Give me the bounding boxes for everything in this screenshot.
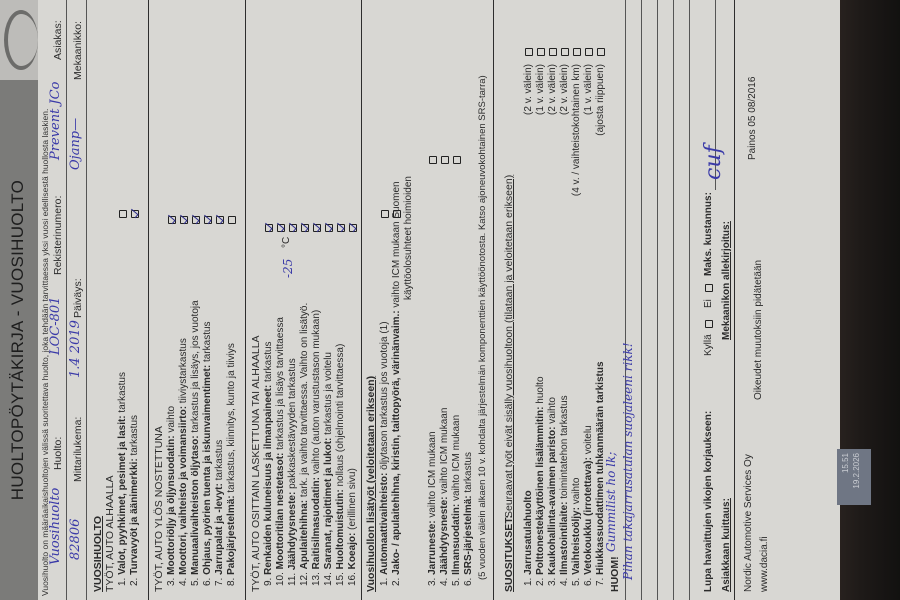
recommendation-item: 1. Jarrusatulahuolto	[523, 490, 534, 586]
mekaanikko-label: Mekaanikko:	[72, 21, 84, 80]
rekisteri-value[interactable]: LOC-801	[48, 297, 63, 355]
recommendation-checkbox[interactable]	[561, 48, 569, 56]
recommendation-item: 6. Vetokoukku (irrotettava): voitelu	[583, 425, 594, 586]
item-checkbox[interactable]	[216, 216, 224, 224]
item-checkbox[interactable]	[228, 216, 236, 224]
recommendation-interval: (ajosta riippuen)	[595, 64, 606, 136]
recommendation-interval: (2 v. välein)	[523, 64, 534, 115]
checklist-item: 10. Moottoritilan nestetasot: tarkastus …	[275, 317, 286, 586]
rights-note: Oikeudet muutoksiin pidätetään	[753, 260, 764, 400]
mekaanikon-label: Mekaanikon allekirjoitus:	[721, 221, 732, 340]
item-checkbox[interactable]	[337, 224, 345, 232]
website-link[interactable]: www.dacia.fi	[759, 536, 770, 592]
extra-work-item: 2. Jako- / apulaitehihna, kiristin, tait…	[391, 181, 402, 586]
recommendation-checkbox[interactable]	[585, 48, 593, 56]
checklist-item: 3. Moottoriöljy ja öljynsuodatin: vaihto	[166, 406, 177, 586]
coolant-temp-value[interactable]: -25	[281, 259, 295, 278]
clock-time: 15.51	[840, 453, 851, 505]
mekaanikko-value[interactable]: Ojanp—	[68, 118, 83, 170]
recommendation-item: 5. Vaihteistoöljy: vaihto	[571, 478, 582, 586]
vuosihuolto-heading: VUOSIHUOLTO	[92, 516, 104, 592]
group-title: TYÖT, AUTO YLÖS NOSTETTUNA	[153, 426, 165, 592]
asiakas-label: Asiakas:	[52, 20, 64, 60]
recommendation-checkbox[interactable]	[597, 48, 605, 56]
edition-note: Painos 05 08/2016	[747, 77, 758, 160]
extra-work-checkbox[interactable]	[393, 210, 401, 218]
huolto-value[interactable]: Vuosihuolto	[48, 488, 63, 565]
recommendation-interval: (2 v. välein)	[559, 64, 570, 115]
recommendation-interval: (4 v. / vaihteistokohtainen km)	[571, 64, 582, 196]
system-clock: 15.51 19.2.2026	[837, 449, 871, 505]
lupa-label: Lupa havaittujen vikojen korjaukseen:	[703, 411, 714, 592]
checklist-item: 9. Renkaiden kuluneisuus ja ilmanpaineet…	[263, 341, 274, 586]
extra-work-item: 3. Jarruneste: vaihto ICM mukaan	[427, 431, 438, 586]
item-checkbox[interactable]	[119, 210, 127, 218]
item-checkbox[interactable]	[289, 224, 297, 232]
note-line	[673, 0, 674, 600]
signature-line	[734, 0, 735, 600]
huom-line-1[interactable]: Gummilist ho lk;	[604, 452, 618, 552]
recommendation-interval: (2 v. välein)	[547, 64, 558, 115]
checklist-item: 6. Ohjaus, pyörien tuenta ja iskunvaimen…	[202, 321, 213, 586]
divider	[66, 0, 67, 600]
suositukset-label: SUOSITUKSET:	[503, 515, 515, 592]
form-title: HUOLTOPÖYTÄKIRJA - VUOSIHUOLTO	[8, 80, 28, 600]
checklist-item: 15. Huoltomuistutin: nollaus (ohjelmoint…	[335, 344, 346, 586]
checklist-item: 12. Apulaitehihna: tark. ja vaihto tarvi…	[299, 303, 310, 586]
item-checkbox[interactable]	[277, 224, 285, 232]
mittari-value[interactable]: 82806	[68, 519, 83, 560]
extra-work-checkbox[interactable]	[381, 210, 389, 218]
company-name: Nordic Automotive Services Oy	[743, 454, 754, 592]
section-divider	[361, 0, 362, 600]
extra-work-checkbox[interactable]	[453, 156, 461, 164]
extra-work-item: 4. Jäähdytysneste: vaihto ICM mukaan	[439, 408, 450, 586]
item-checkbox[interactable]	[192, 216, 200, 224]
ei-label: Ei	[703, 299, 714, 308]
recommendation-item: 4. Ilmastointilaite: toimintatehon tarka…	[559, 395, 570, 586]
asiakas-value[interactable]: Prevent JCo	[48, 82, 63, 160]
recommendation-checkbox[interactable]	[525, 48, 533, 56]
huom-line-2[interactable]: Pihan takajarrusatulan suojaleeni rikk!	[621, 342, 635, 580]
extra-work-checkbox[interactable]	[441, 156, 449, 164]
lisatyot-heading: Vuosihuollon lisätyöt (veloitetaan eriks…	[365, 376, 377, 592]
item-checkbox[interactable]	[349, 224, 357, 232]
checklist-item: 1. Valot, pyyhkimet, pesimet ja lasit: t…	[117, 372, 128, 586]
recommendation-interval: (1 v. välein)	[583, 64, 594, 115]
section-divider	[493, 0, 494, 600]
recommendation-interval: (1 v. välein)	[535, 64, 546, 115]
extra-work-item-cont: käyttöolosuhteet hoimioiden	[403, 176, 414, 300]
srs-note: (5 vuoden välein alkaen 10 v. kohdalta j…	[477, 75, 488, 580]
maks-label: Maks. kustannus:	[703, 192, 714, 276]
mittari-label: Mittarilukema:	[72, 417, 84, 482]
huolto-label: Huolto:	[52, 437, 64, 470]
checklist-item: 5. Manuaalivaihteiston öljytaso: tarkast…	[190, 300, 201, 586]
coolant-unit: °C	[281, 237, 292, 248]
item-checkbox[interactable]	[168, 216, 176, 224]
extra-work-item: 1. Automaattivaihteisto: öljytason tarka…	[379, 321, 390, 586]
recommendation-checkbox[interactable]	[537, 48, 545, 56]
checklist-item: 7. Jarrupalat ja -levyt: tarkastus	[214, 440, 225, 586]
checklist-item: 16. Koeajo: (erillinen sivu)	[347, 468, 358, 586]
recommendation-item: 3. Kaukohallinta-avaimen paristo: vaihto	[547, 397, 558, 586]
background-surface	[835, 0, 900, 600]
note-line	[641, 0, 642, 600]
paivays-label: Päiväys:	[72, 278, 84, 318]
checklist-item: 13. Raitisilmasuodatin: vaihto (auton va…	[311, 310, 322, 586]
section-divider	[148, 0, 149, 600]
checklist-item: 2. Turvavyöt ja äänimerkki: tarkastus	[129, 415, 140, 586]
kuittaus-label: Asiakkaan kuittaus:	[721, 498, 732, 592]
logo-emblem-icon	[4, 10, 38, 70]
checklist-item: 4. Moottori, vaihteisto ja voimansiirto:…	[178, 338, 189, 586]
ei-checkbox[interactable]	[705, 284, 713, 292]
checklist-item: 14. Saranat, rajoittimet ja lukot: tarka…	[323, 352, 334, 586]
clock-date: 19.2.2026	[851, 453, 862, 505]
recommendation-checkbox[interactable]	[549, 48, 557, 56]
kylla-checkbox[interactable]	[705, 320, 713, 328]
extra-work-item: 5. Ilmansuodatin: vaihto ICM mukaan	[451, 415, 462, 586]
section-divider	[245, 0, 246, 600]
divider	[86, 0, 87, 600]
item-checkbox[interactable]	[204, 216, 212, 224]
suositukset-intro: Seuraavat työt eivät sisälly vuosihuolto…	[503, 175, 515, 518]
note-line	[689, 0, 690, 600]
item-checkbox[interactable]	[265, 224, 273, 232]
extra-work-item: 6. SRS-järjestelmä: tarkastus	[463, 452, 474, 586]
paivays-value[interactable]: 1.4 2019	[68, 320, 83, 378]
item-checkbox[interactable]	[301, 224, 309, 232]
note-line	[657, 0, 658, 600]
recommendation-checkbox[interactable]	[573, 48, 581, 56]
item-checkbox[interactable]	[313, 224, 321, 232]
extra-work-checkbox[interactable]	[429, 156, 437, 164]
kylla-label: Kyllä	[703, 334, 714, 356]
service-record-form: HUOLTOPÖYTÄKIRJA - VUOSIHUOLTO Vuosihuol…	[0, 0, 840, 600]
group-title: TYÖT, AUTO OSITTAIN LASKETTUNA TAI ALHAA…	[250, 335, 262, 592]
group-title: TYÖT, AUTO ALHAALLA	[104, 475, 116, 592]
item-checkbox[interactable]	[325, 224, 333, 232]
checklist-item: 11. Jäähdytysneste: pakkaskestävyyden ta…	[287, 358, 298, 586]
huom-label: HUOM!	[609, 556, 621, 592]
checklist-item: 8. Pakojärjestelmä: tarkastus, kiinnitys…	[226, 343, 237, 586]
rekisteri-label: Rekisterinumero:	[52, 196, 64, 275]
mechanic-signature: cuf	[701, 145, 726, 180]
item-checkbox[interactable]	[131, 210, 139, 218]
item-checkbox[interactable]	[180, 216, 188, 224]
dacia-logo	[0, 0, 38, 80]
recommendation-item: 2. Polttonestekäyttöinen lisälämmitin: h…	[535, 376, 546, 586]
